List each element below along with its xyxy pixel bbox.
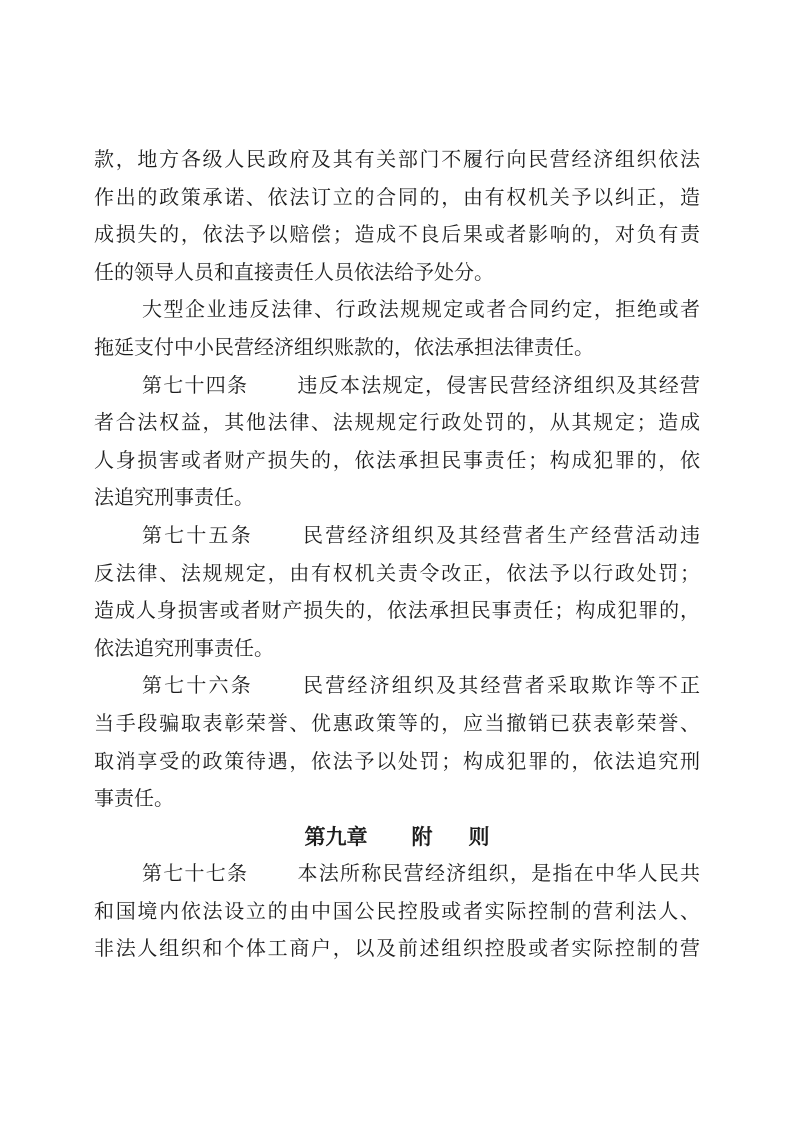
text-line: 者合法权益，其他法律、法规规定行政处罚的，从其规定；造成 [94,405,700,443]
text-line: 拖延支付中小民营经济组织账款的，依法承担法律责任。 [94,330,700,368]
text-line: 依法追究刑事责任。 [94,631,700,669]
article-number-gap [253,691,301,692]
heading-gap [433,843,469,844]
article-text: 违反本法规定，侵害民营经济组织及其经营 [296,375,700,397]
text-line: 造成人身损害或者财产损失的，依法承担民事责任；构成犯罪的， [94,593,700,631]
chapter-title-part: 附 [412,825,433,849]
chapter-title-part: 则 [469,825,490,849]
article-number: 第七十六条 [142,675,253,697]
article-number-gap [248,879,296,880]
document-page: 款，地方各级人民政府及其有关部门不履行向民营经济组织依法 作出的政策承诺、依法订… [0,0,793,1122]
text-line: 和国境内依法设立的由中国公民控股或者实际控制的营利法人、 [94,894,700,932]
article-75-first-line: 第七十五条民营经济组织及其经营者生产经营活动违 [94,518,700,556]
article-text: 民营经济组织及其经营者生产经营活动违 [301,525,700,547]
article-number-gap [253,541,301,542]
text-line: 取消享受的政策待遇，依法予以处罚；构成犯罪的，依法追究刑 [94,744,700,782]
article-number: 第七十四条 [142,375,248,397]
text-line: 法追究刑事责任。 [94,480,700,518]
article-number-gap [248,391,296,392]
article-number: 第七十七条 [142,863,248,885]
article-76-first-line: 第七十六条民营经济组织及其经营者采取欺诈等不正 [94,668,700,706]
text-line: 作出的政策承诺、依法订立的合同的，由有权机关予以纠正，造 [94,180,700,218]
text-line: 反法律、法规规定，由有权机关责令改正，依法予以行政处罚； [94,556,700,594]
article-74-first-line: 第七十四条违反本法规定，侵害民营经济组织及其经营 [94,368,700,406]
heading-gap [368,843,412,844]
article-text: 民营经济组织及其经营者采取欺诈等不正 [301,675,700,697]
text-line: 大型企业违反法律、行政法规规定或者合同约定，拒绝或者 [94,292,700,330]
text-line: 事责任。 [94,781,700,819]
text-line: 非法人组织和个体工商户，以及前述组织控股或者实际控制的营 [94,931,700,969]
article-77-first-line: 第七十七条本法所称民营经济组织，是指在中华人民共 [94,856,700,894]
text-line: 当手段骗取表彰荣誉、优惠政策等的，应当撤销已获表彰荣誉、 [94,706,700,744]
text-line: 任的领导人员和直接责任人员依法给予处分。 [94,255,700,293]
chapter-heading: 第九章附则 [94,819,700,857]
article-number: 第七十五条 [142,525,253,547]
text-line: 款，地方各级人民政府及其有关部门不履行向民营经济组织依法 [94,142,700,180]
text-line: 成损失的，依法予以赔偿；造成不良后果或者影响的，对负有责 [94,217,700,255]
text-block: 款，地方各级人民政府及其有关部门不履行向民营经济组织依法 作出的政策承诺、依法订… [94,142,700,969]
text-line: 人身损害或者财产损失的，依法承担民事责任；构成犯罪的，依 [94,443,700,481]
article-text: 本法所称民营经济组织，是指在中华人民共 [296,863,700,885]
chapter-number: 第九章 [305,825,368,849]
